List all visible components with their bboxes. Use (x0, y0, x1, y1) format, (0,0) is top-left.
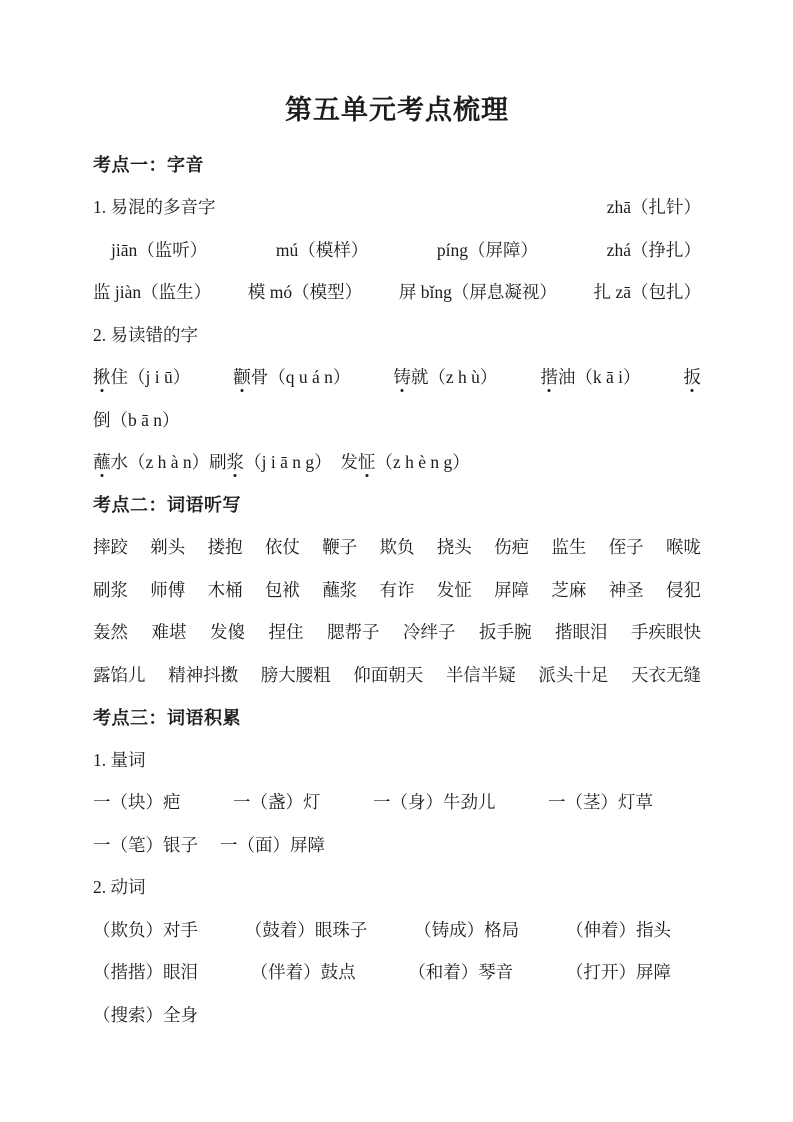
word-item: 刷浆 (93, 577, 128, 602)
dictation-row1: 摔跤 剃头 搂抱 依仗 鞭子 欺负 挠头 伤疤 监生 侄子 喉咙 (93, 526, 701, 569)
phrase-item: （打开）屏障 (566, 959, 671, 984)
section2-heading: 考点二：词语听写 (93, 483, 701, 526)
word-item: 派头十足 (538, 662, 608, 687)
phrase-item: 一（茎）灯草 (548, 789, 653, 814)
misread-label: 2. 易读错的字 (93, 313, 701, 356)
misread-row1: 揪住（j i ū） 颧骨（q u á n） 铸就（z h ù） 揩油（k ā i… (93, 356, 701, 399)
misread-item: 蘸水（z h à n）刷浆（j i ā n g） 发怔（z h è n g） (93, 449, 470, 474)
word-item: 冷绊子 (403, 619, 456, 644)
phrase-item: （搜索）全身 (93, 1002, 198, 1027)
word-item: 发怔 (437, 577, 472, 602)
word-item: 屏障 (494, 577, 529, 602)
word-item: 揩眼泪 (555, 619, 608, 644)
word-item: 剃头 (150, 534, 185, 559)
misread-row2: 倒（b ā n） (93, 398, 701, 441)
polyphone-label: 1. 易混的多音字 (93, 194, 216, 219)
polyphone-row1: jiān（监听） mú（模样） píng（屏障） zhá（挣扎） (93, 228, 701, 271)
dictation-row4: 露馅儿 精神抖擞 膀大腰粗 仰面朝天 半信半疑 派头十足 天衣无缝 (93, 653, 701, 696)
misread-item: 揩油（k ā i） (540, 364, 640, 389)
word-item: 难堪 (152, 619, 187, 644)
polyphone-item: 扎 zā（包扎） (594, 279, 701, 304)
dictation-row2: 刷浆 师傅 木桶 包袱 蘸浆 有诈 发怔 屏障 芝麻 神圣 侵犯 (93, 568, 701, 611)
word-item: 天衣无缝 (631, 662, 701, 687)
word-item: 腮帮子 (327, 619, 380, 644)
polyphone-item: 屏 bǐng（屏息凝视） (399, 279, 557, 304)
word-item: 监生 (551, 534, 586, 559)
page-title: 第五单元考点梳理 (93, 88, 701, 127)
word-item: 侵犯 (666, 577, 701, 602)
word-item: 喉咙 (666, 534, 701, 559)
misread-item: 扳 (684, 364, 702, 389)
polyphone-item: 模 mó（模型） (248, 279, 362, 304)
verb-row1: （欺负）对手 （鼓着）眼珠子 （铸成）格局 （伸着）指头 (93, 908, 671, 951)
word-item: 依仗 (265, 534, 300, 559)
phrase-item: 一（面）屏障 (220, 832, 325, 857)
word-item: 发傻 (210, 619, 245, 644)
polyphone-item: zhá（挣扎） (607, 237, 701, 262)
phrase-item: 一（盏）灯 (233, 789, 321, 814)
phrase-item: （揩揩）眼泪 (93, 959, 198, 984)
word-item: 手疾眼快 (631, 619, 701, 644)
polyphone-item: jiān（监听） (111, 237, 207, 262)
phrase-item: （和着）琴音 (408, 959, 513, 984)
polyphone-zha1: zhā（扎针） (607, 194, 701, 219)
word-item: 蘸浆 (322, 577, 357, 602)
polyphone-item: mú（模样） (276, 237, 368, 262)
word-item: 搂抱 (208, 534, 243, 559)
misread-item: 揪住（j i ū） (93, 364, 190, 389)
word-item: 侄子 (609, 534, 644, 559)
verb-row2: （揩揩）眼泪 （伴着）鼓点 （和着）琴音 （打开）屏障 (93, 951, 671, 994)
word-item: 芝麻 (551, 577, 586, 602)
polyphone-row2: 监 jiàn（监生） 模 mó（模型） 屏 bǐng（屏息凝视） 扎 zā（包扎… (93, 271, 701, 314)
phrase-item: 一（笔）银子 (93, 832, 198, 857)
word-item: 摔跤 (93, 534, 128, 559)
measure-word-row1: 一（块）疤 一（盏）灯 一（身）牛劲儿 一（茎）灯草 (93, 781, 653, 824)
word-item: 扳手腕 (479, 619, 532, 644)
word-item: 挠头 (437, 534, 472, 559)
phrase-item: 一（块）疤 (93, 789, 181, 814)
word-item: 捏住 (269, 619, 304, 644)
word-item: 伤疤 (494, 534, 529, 559)
document-page: 第五单元考点梳理 考点一：字音 1. 易混的多音字 zhā（扎针） jiān（监… (0, 0, 793, 1122)
word-item: 精神抖擞 (168, 662, 238, 687)
polyphone-intro-line: 1. 易混的多音字 zhā（扎针） (93, 186, 701, 229)
word-item: 仰面朝天 (353, 662, 423, 687)
measure-word-label: 1. 量词 (93, 738, 701, 781)
verb-label: 2. 动词 (93, 866, 701, 909)
misread-row3: 蘸水（z h à n）刷浆（j i ā n g） 发怔（z h è n g） (93, 441, 701, 484)
polyphone-item: píng（屏障） (437, 237, 538, 262)
word-item: 半信半疑 (446, 662, 516, 687)
word-item: 膀大腰粗 (261, 662, 331, 687)
word-item: 轰然 (93, 619, 128, 644)
polyphone-item: 监 jiàn（监生） (93, 279, 211, 304)
word-item: 有诈 (379, 577, 414, 602)
phrase-item: （鼓着）眼珠子 (245, 917, 368, 942)
misread-item: 颧骨（q u á n） (233, 364, 350, 389)
phrase-item: （伸着）指头 (566, 917, 671, 942)
word-item: 师傅 (150, 577, 185, 602)
phrase-item: （欺负）对手 (93, 917, 198, 942)
word-item: 神圣 (609, 577, 644, 602)
phrase-item: 一（身）牛劲儿 (373, 789, 496, 814)
dictation-row3: 轰然 难堪 发傻 捏住 腮帮子 冷绊子 扳手腕 揩眼泪 手疾眼快 (93, 611, 701, 654)
word-item: 欺负 (379, 534, 414, 559)
word-item: 木桶 (208, 577, 243, 602)
phrase-item: （铸成）格局 (414, 917, 519, 942)
word-item: 露馅儿 (93, 662, 146, 687)
phrase-item: （伴着）鼓点 (251, 959, 356, 984)
misread-item: 倒（b ā n） (93, 407, 180, 432)
word-item: 包袱 (265, 577, 300, 602)
section3-heading: 考点三：词语积累 (93, 696, 701, 739)
measure-word-row2: 一（笔）银子 一（面）屏障 (93, 823, 701, 866)
misread-item: 铸就（z h ù） (393, 364, 497, 389)
word-item: 鞭子 (322, 534, 357, 559)
section1-heading: 考点一：字音 (93, 143, 701, 186)
verb-row3: （搜索）全身 (93, 993, 701, 1036)
